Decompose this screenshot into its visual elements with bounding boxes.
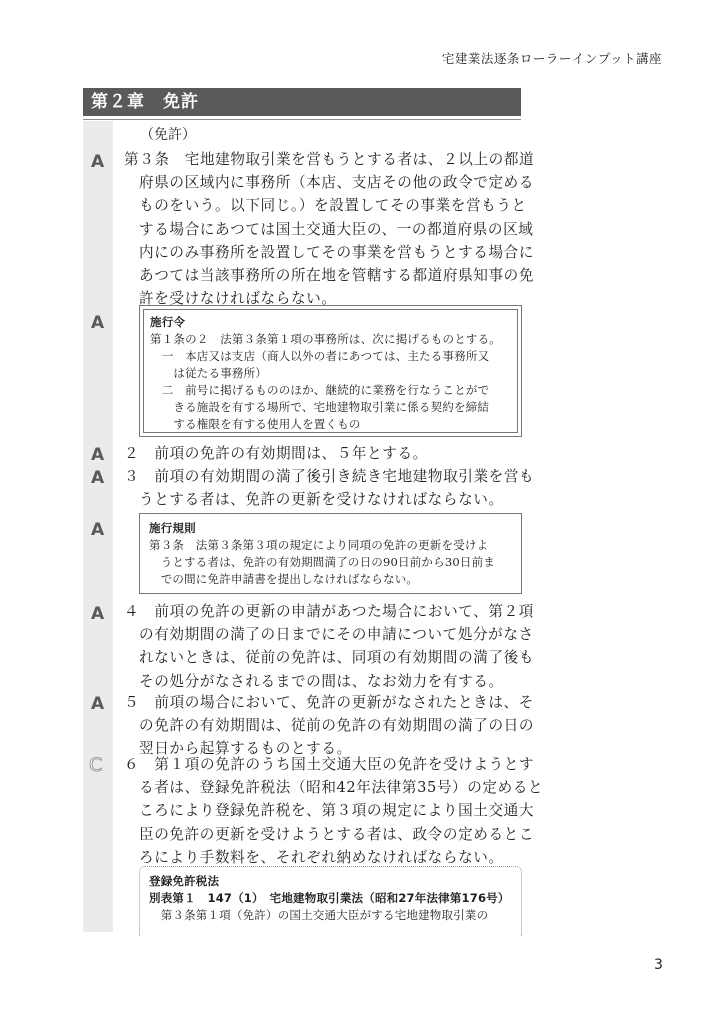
ordinance-box: 施行令 第１条の２ 法第３条第１項の事務所は、次に掲げるものとする。 一 本店又… (139, 305, 522, 437)
article-3: 第３条 宅地建物取引業を営もうとする者は、２以上の都道 府県の区域内に事務所（本… (124, 148, 524, 310)
paragraph-4: ４ 前項の免許の更新の申請があつた場合において、第２項 の有効期間の満了の日まで… (124, 600, 524, 693)
box-title: 施行令 (150, 314, 511, 331)
rank-badge: A (91, 520, 104, 540)
rank-badge: A (91, 604, 104, 624)
text-line: 内にのみ事務所を設置してその事業を営もうとする場合に (124, 241, 524, 264)
text-line: 府県の区域内に事務所（本店、支店その他の政令で定める (124, 171, 524, 194)
text-line: 第３条 宅地建物取引業を営もうとする者は、２以上の都道 (124, 148, 524, 171)
box-line: うとする者は、免許の有効期間満了の日の90日前から30日前ま (149, 554, 512, 571)
chapter-title: 第２章 免許 (83, 88, 521, 116)
tax-law-box: 登録免許税法 別表第１ 147（1） 宅地建物取引業法（昭和27年法律第176号… (139, 866, 522, 936)
rank-badge: A (91, 152, 104, 172)
running-head: 宅建業法逐条ローラーインプット講座 (442, 49, 662, 67)
text-line: ５ 前項の場合において、免許の更新がなされたときは、そ (124, 691, 524, 714)
box-title: 施行規則 (149, 520, 512, 537)
text-line: る者は、登録免許税法（昭和42年法律第35号）の定めると (124, 776, 524, 799)
paragraph-3: ３ 前項の有効期間の満了後引き続き宅地建物取引業を営も うとする者は、免許の更新… (124, 465, 524, 511)
box-line: 第３条第１項（免許）の国土交通大臣がする宅地建物取引業の (149, 907, 512, 924)
paragraph-6: ６ 第１項の免許のうち国土交通大臣の免許を受けようとす る者は、登録免許税法（昭… (124, 753, 524, 869)
text-line: ２ 前項の免許の有効期間は、５年とする。 (124, 442, 524, 465)
box-line: は従たる事務所） (150, 365, 511, 382)
box-line: 二 前号に掲げるもののほか、継続的に業務を行なうことがで (150, 382, 511, 399)
text-line: ３ 前項の有効期間の満了後引き続き宅地建物取引業を営も (124, 465, 524, 488)
page-number: 3 (654, 957, 663, 973)
rank-badge: A (91, 694, 104, 714)
text-line: の有効期間の満了の日までにその申請について処分がなさ (124, 623, 524, 646)
box-title: 登録免許税法 (149, 873, 512, 890)
text-line: れないときは、従前の免許は、同項の有効期間の満了後も (124, 646, 524, 669)
text-line: うとする者は、免許の更新を受けなければならない。 (124, 488, 524, 511)
text-line: ものをいう。以下同じ。）を設置してその事業を営もうと (124, 194, 524, 217)
paragraph-5: ５ 前項の場合において、免許の更新がなされたときは、そ の免許の有効期間は、従前… (124, 691, 524, 761)
box-line: 第３条 法第３条第３項の規定により同項の免許の更新を受けよ (149, 537, 512, 554)
chapter-divider (83, 119, 521, 120)
text-line: ４ 前項の免許の更新の申請があつた場合において、第２項 (124, 600, 524, 623)
box-line: きる施設を有する場所で、宅地建物取引業に係る契約を締結 (150, 399, 511, 416)
box-line: での間に免許申請書を提出しなければならない。 (149, 571, 512, 588)
rank-badge: A (91, 313, 104, 333)
text-line: その処分がなされるまでの間は、なお効力を有する。 (124, 670, 524, 693)
paragraph-2: ２ 前項の免許の有効期間は、５年とする。 (124, 442, 524, 465)
regulation-box: 施行規則 第３条 法第３条第３項の規定により同項の免許の更新を受けよ うとする者… (139, 513, 522, 594)
text-line: ６ 第１項の免許のうち国土交通大臣の免許を受けようとす (124, 753, 524, 776)
rank-badge: A (91, 445, 104, 465)
text-line: する場合にあつては国土交通大臣の、一の都道府県の区域 (124, 218, 524, 241)
box-line: 一 本店又は支店（商人以外の者にあつては、主たる事務所又 (150, 348, 511, 365)
text-line: あつては当該事務所の所在地を管轄する都道府県知事の免 (124, 264, 524, 287)
rank-badge: A (91, 468, 104, 488)
text-line: ころにより登録免許税を、第３項の規定により国土交通大 (124, 799, 524, 822)
box-line: する権限を有する使用人を置くもの (150, 416, 511, 433)
text-line: 臣の免許の更新を受けようとする者は、政令の定めるとこ (124, 823, 524, 846)
rank-badge: C (89, 755, 102, 775)
article-caption: （免許） (140, 124, 196, 144)
box-line: 第１条の２ 法第３条第１項の事務所は、次に掲げるものとする。 (150, 331, 511, 348)
text-line: の免許の有効期間は、従前の免許の有効期間の満了の日の (124, 714, 524, 737)
box-line: 別表第１ 147（1） 宅地建物取引業法（昭和27年法律第176号） (149, 890, 512, 907)
